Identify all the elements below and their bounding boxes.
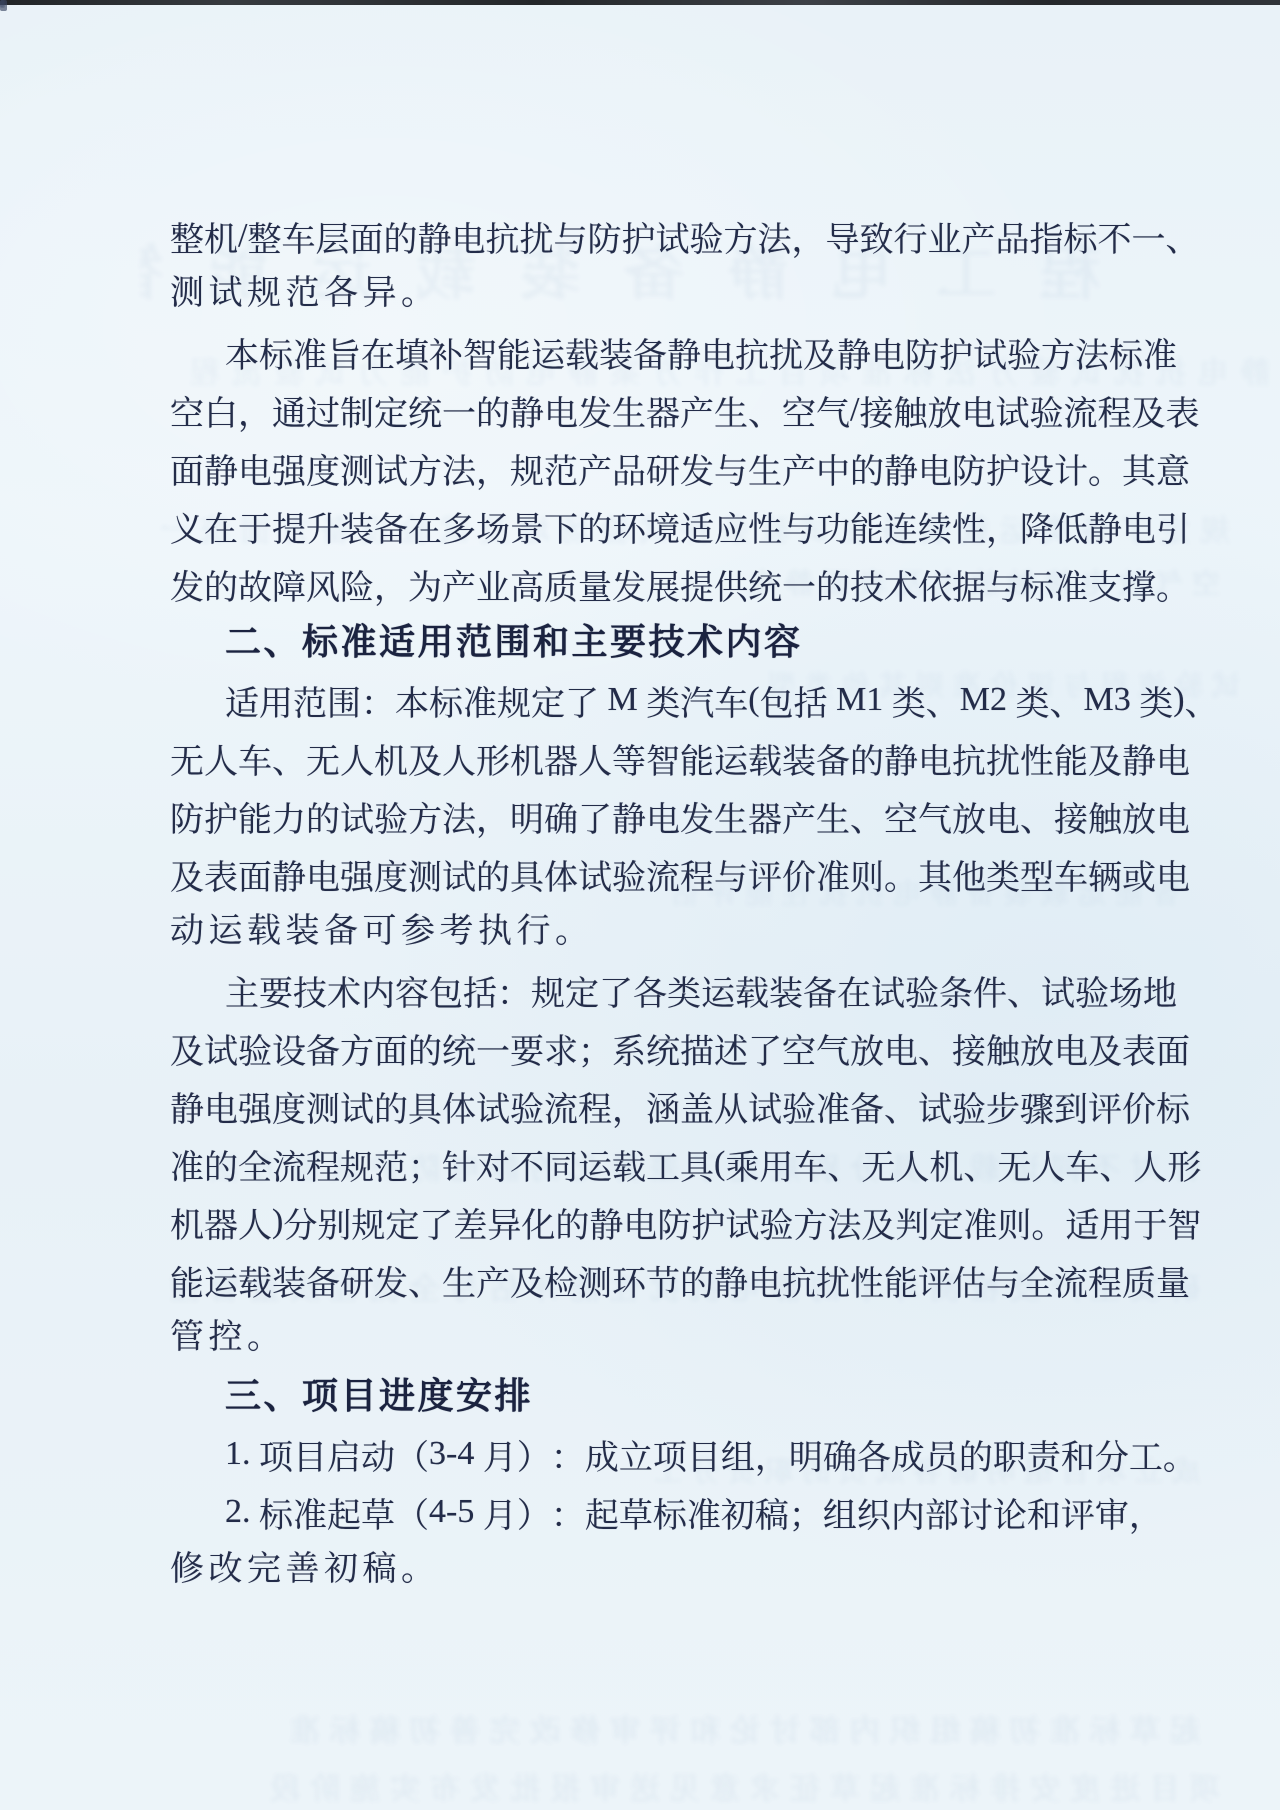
- text-line: 防护能力的试验方法，明确了静电发生器产生、空气放电、接触放电: [170, 787, 1135, 845]
- scan-edge-artifact: [0, 0, 1280, 5]
- text-line: 准的全流程规范；针对不同运载工具(乘用车、无人机、无人车、人形: [170, 1135, 1135, 1193]
- section-heading: 三、项目进度安排: [170, 1367, 1135, 1425]
- section-heading: 二、标准适用范围和主要技术内容: [170, 613, 1135, 671]
- text-line: 修改完善初稿。: [170, 1541, 1135, 1599]
- text-line: 2. 标准起草（4-5 月）：起草标准初稿；组织内部讨论和评审，: [170, 1483, 1135, 1541]
- text-line: 空白，通过制定统一的静电发生器产生、空气/接触放电试验流程及表: [170, 381, 1135, 439]
- text-line: 管控。: [170, 1309, 1135, 1367]
- text-line: 主要技术内容包括：规定了各类运载装备在试验条件、试验场地: [170, 961, 1135, 1019]
- text-line: 机器人)分别规定了差异化的静电防护试验方法及判定准则。适用于智: [170, 1193, 1135, 1251]
- text-line: 无人车、无人机及人形机器人等智能运载装备的静电抗扰性能及静电: [170, 729, 1135, 787]
- text-line: 能运载装备研发、生产及检测环节的静电抗扰性能评估与全流程质量: [170, 1251, 1135, 1309]
- text-line: 静电强度测试的具体试验流程，涵盖从试验准备、试验步骤到评价标: [170, 1077, 1135, 1135]
- scanned-document-page: 程工电静备装载运能智 静电抗扰试验方法标准项目工作方案静电防护能力试验流程 规定…: [0, 0, 1280, 1810]
- text-line: 1. 项目启动（3-4 月）：成立项目组，明确各成员的职责和分工。: [170, 1425, 1135, 1483]
- bleed-through-text: 起草标准初稿组织内部讨论和评审修改完善初稿标准: [120, 1706, 1200, 1750]
- text-line: 适用范围：本标准规定了 M 类汽车(包括 M1 类、M2 类、M3 类)、: [170, 671, 1135, 729]
- text-line: 义在于提升装备在多场景下的环境适应性与功能连续性，降低静电引: [170, 497, 1135, 555]
- text-line: 及表面静电强度测试的具体试验流程与评价准则。其他类型车辆或电: [170, 845, 1135, 903]
- text-line: 测试规范各异。: [170, 265, 1135, 323]
- text-line: 面静电强度测试方法，规范产品研发与生产中的静电防护设计。其意: [170, 439, 1135, 497]
- scan-artifact: [0, 0, 4, 7]
- text-line: 整机/整车层面的静电抗扰与防护试验方法，导致行业产品指标不一、: [170, 207, 1135, 265]
- text-line: 本标准旨在填补智能运载装备静电抗扰及静电防护试验方法标准: [170, 323, 1135, 381]
- bleed-through-text: 项目进度安排标准起草征求意见送审报批发布实施阶段: [80, 1764, 1220, 1808]
- text-line: 及试验设备方面的统一要求；系统描述了空气放电、接触放电及表面: [170, 1019, 1135, 1077]
- text-line: 动运载装备可参考执行。: [170, 903, 1135, 961]
- text-line: 发的故障风险，为产业高质量发展提供统一的技术依据与标准支撑。: [170, 555, 1135, 613]
- document-lines: 整机/整车层面的静电抗扰与防护试验方法，导致行业产品指标不一、测试规范各异。本标…: [170, 207, 1135, 1599]
